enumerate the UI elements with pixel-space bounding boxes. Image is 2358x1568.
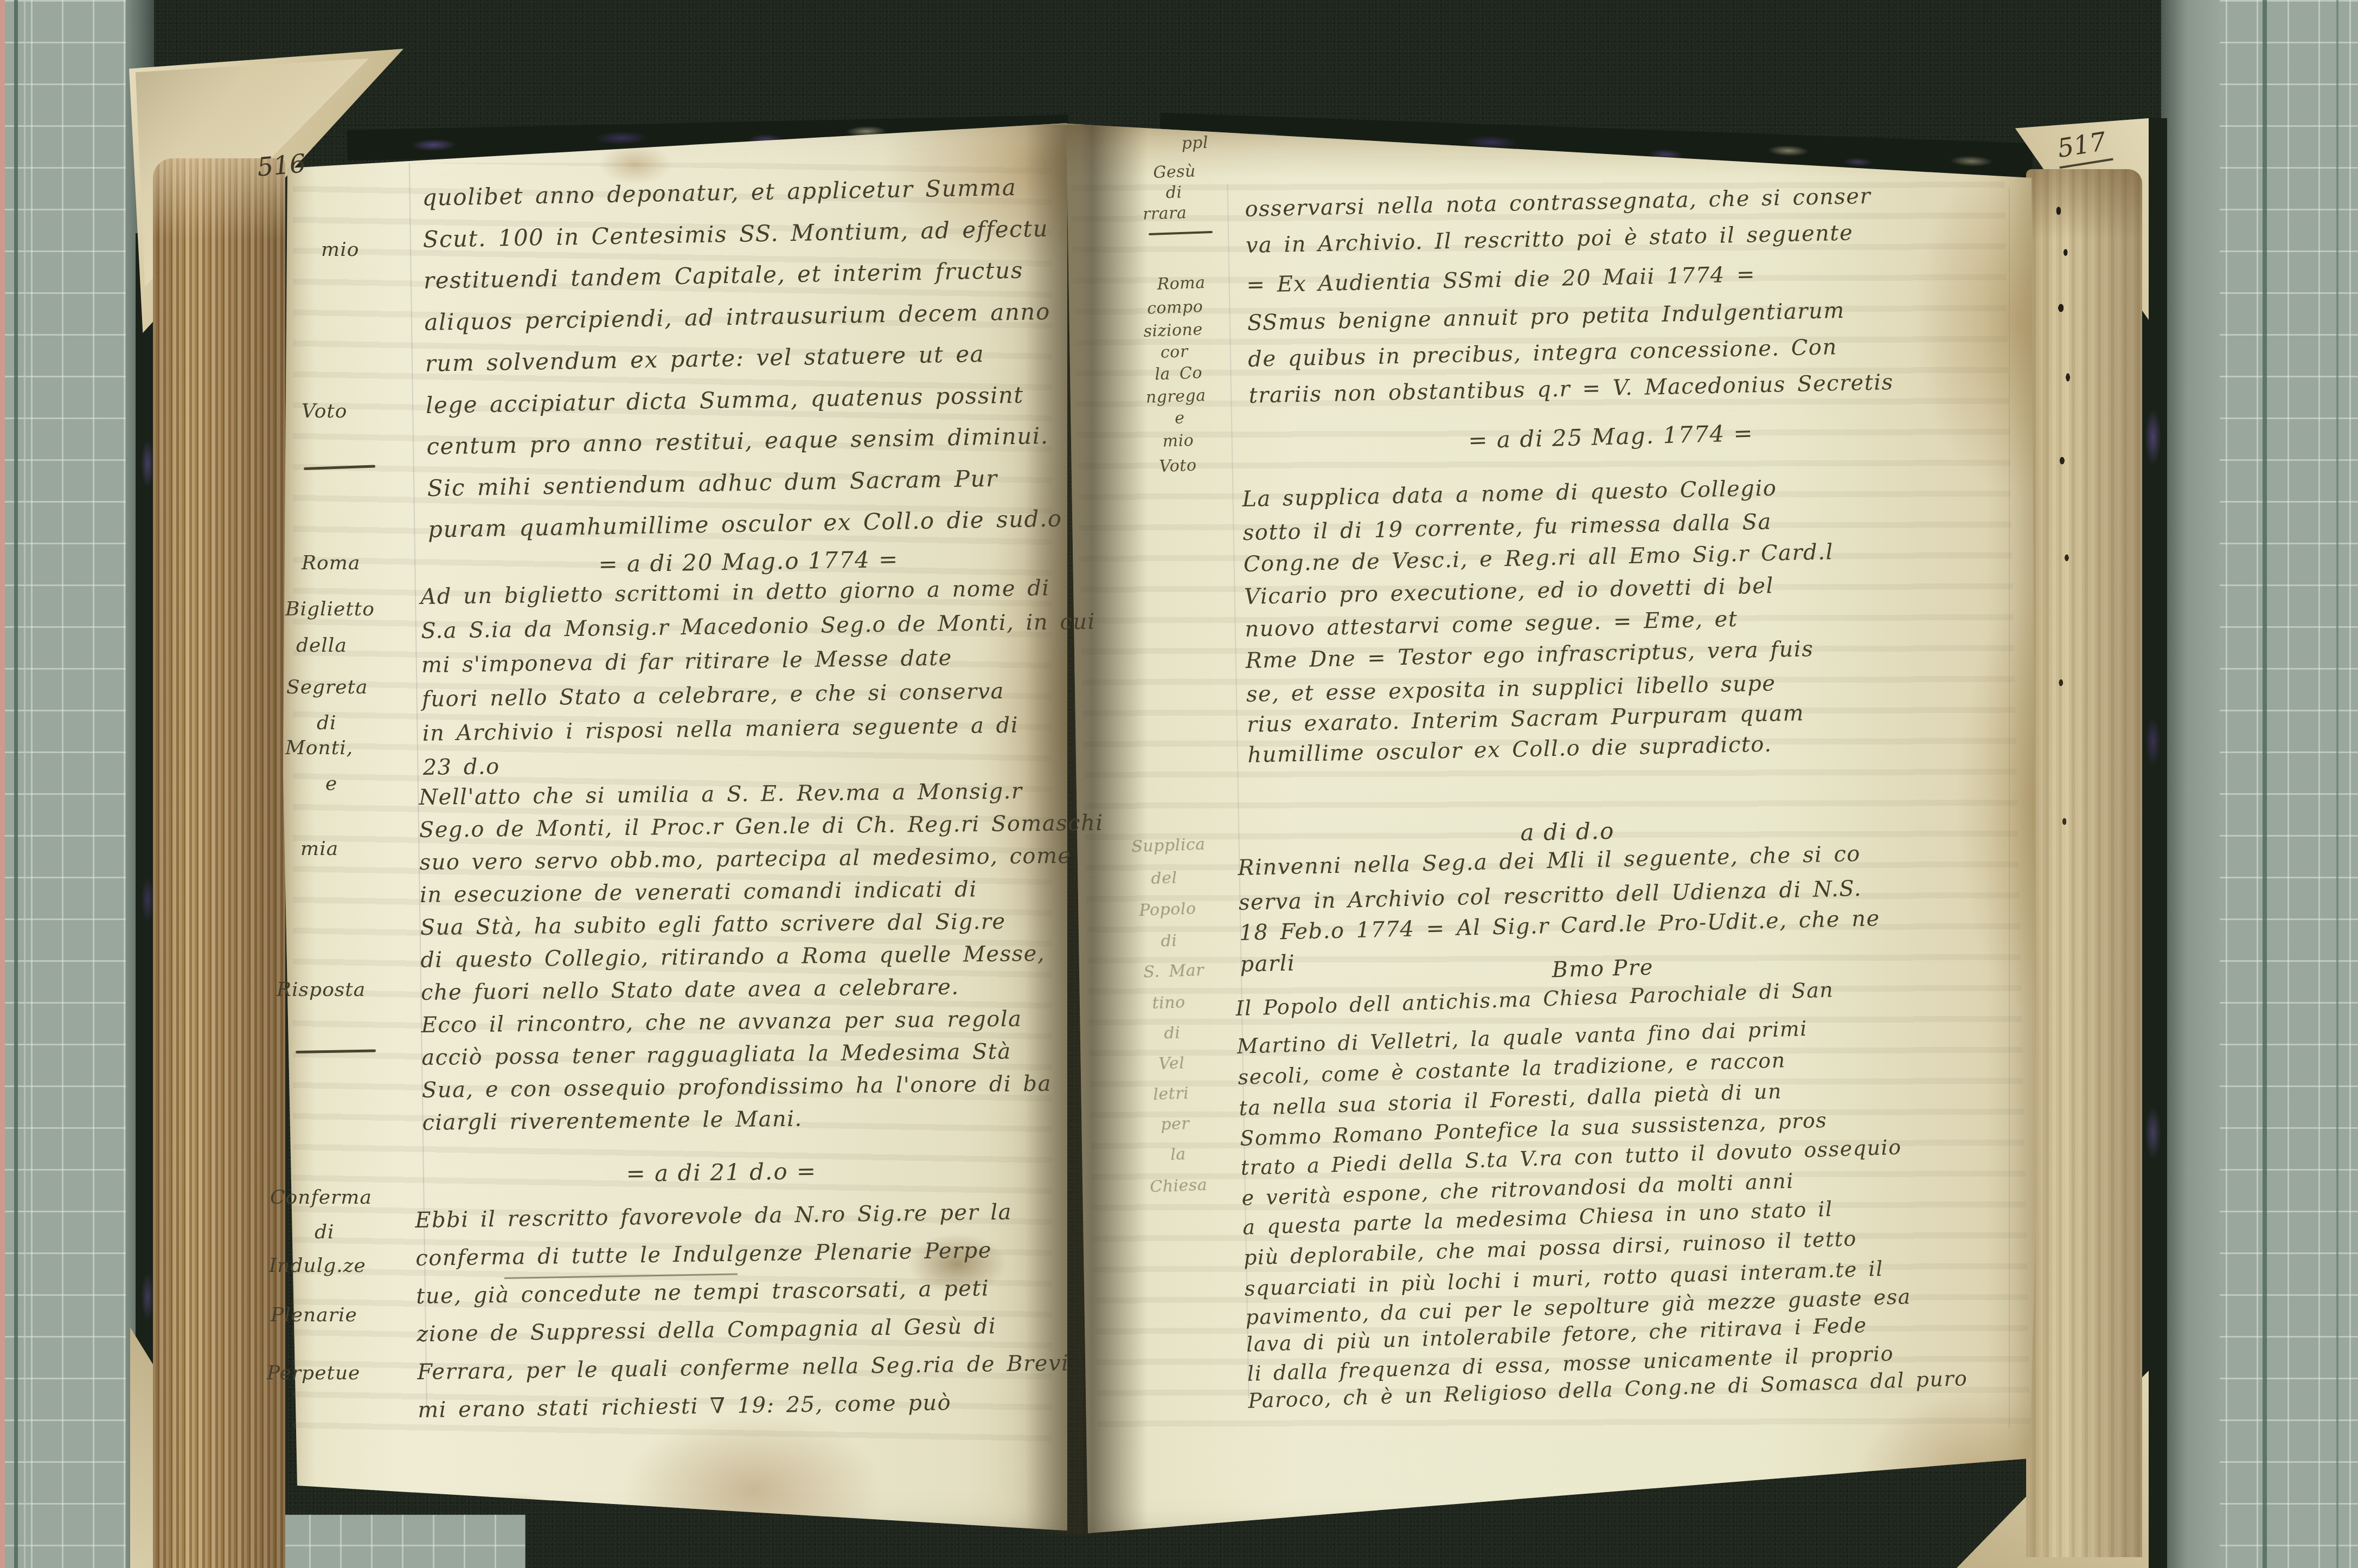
margin-note: Segreta xyxy=(286,676,368,698)
gutter-margin-note: rrara xyxy=(1142,203,1187,224)
gutter-margin-note: letri xyxy=(1153,1084,1189,1104)
mat-rule-line-left-2 xyxy=(24,0,25,1568)
gutter-margin-note: compo xyxy=(1147,297,1203,318)
text-block-fore-edge-left xyxy=(153,158,285,1568)
mat-rule-line-left xyxy=(14,0,18,1568)
margin-note: Perpetue xyxy=(267,1362,360,1384)
gutter-margin-note: di xyxy=(1164,1024,1181,1043)
mat-rule-line-right xyxy=(2263,0,2267,1568)
margin-note: di xyxy=(315,1221,335,1243)
right-page-salutation-beatissimo-padre: Bmo Pre xyxy=(1513,954,1693,984)
margin-note: Voto xyxy=(302,400,348,422)
left-page-date-heading-21: = a di 21 d.o = xyxy=(553,1156,890,1188)
page-number-516: 516 xyxy=(256,149,307,183)
gutter-margin-note: del xyxy=(1151,869,1177,889)
gutter-margin-note: per xyxy=(1161,1114,1190,1134)
book-cover-edge-right xyxy=(2139,118,2167,1568)
gutter-margin-note: sizione xyxy=(1143,320,1203,341)
margin-note: Biglietto xyxy=(285,598,375,620)
gutter-margin-note: Roma xyxy=(1157,273,1206,294)
gutter-margin-note: la xyxy=(1170,1145,1187,1164)
right-page-date-heading-detto: a di d.o xyxy=(1486,817,1649,846)
photo-canvas: { "colors": { "mat": "#9aa79d", "felt": … xyxy=(0,0,2358,1568)
gutter-margin-note: di xyxy=(1161,931,1177,951)
gutter-margin-note: Voto xyxy=(1159,456,1197,476)
manuscript-line: 23 d.o xyxy=(422,754,500,780)
margin-note: di xyxy=(317,712,337,734)
gutter-margin-note: ngrega xyxy=(1145,386,1206,407)
margin-note: Monti, xyxy=(285,737,353,759)
gutter-margin-note: mio xyxy=(1162,431,1194,451)
gutter-margin-note: di xyxy=(1165,183,1182,202)
manuscript-line: ciargli riverentemente le Mani. xyxy=(422,1107,803,1135)
gutter-margin-note: la Co xyxy=(1155,363,1203,384)
gutter-margin-note: Popolo xyxy=(1139,899,1196,920)
margin-note: e xyxy=(325,773,337,795)
text-block-fore-edge-right xyxy=(2026,169,2142,1557)
margin-note: mio xyxy=(321,239,359,261)
gutter-margin-note: cor xyxy=(1160,342,1188,362)
gutter-margin-note: Chiesa xyxy=(1150,1175,1208,1197)
mat-edge-pink-strip xyxy=(0,0,5,1568)
margin-note: Plenarie xyxy=(271,1304,357,1326)
margin-rule-right-page-outer xyxy=(2009,187,2010,1429)
margin-note: Roma xyxy=(302,552,360,574)
gutter-margin-note: Vel xyxy=(1158,1053,1185,1074)
margin-note: Conferma xyxy=(270,1186,372,1209)
gutter-margin-note: tino xyxy=(1152,993,1186,1013)
margin-note: Indulg.ze xyxy=(269,1255,366,1277)
margin-note: della xyxy=(296,634,347,657)
manuscript-line: parli xyxy=(1240,951,1296,977)
mat-bevel-right xyxy=(2161,0,2220,1568)
mat-rule-line-right-2 xyxy=(2336,0,2338,1568)
gutter-margin-note: Gesù xyxy=(1153,162,1196,182)
gutter-margin-note: Supplica xyxy=(1131,835,1206,857)
margin-note: Risposta xyxy=(277,979,366,1001)
margin-note: mia xyxy=(300,838,338,860)
gutter-margin-note: ppl xyxy=(1181,133,1209,153)
gutter-margin-note: S. Mar xyxy=(1143,961,1204,982)
gutter-margin-note: e xyxy=(1175,408,1185,428)
